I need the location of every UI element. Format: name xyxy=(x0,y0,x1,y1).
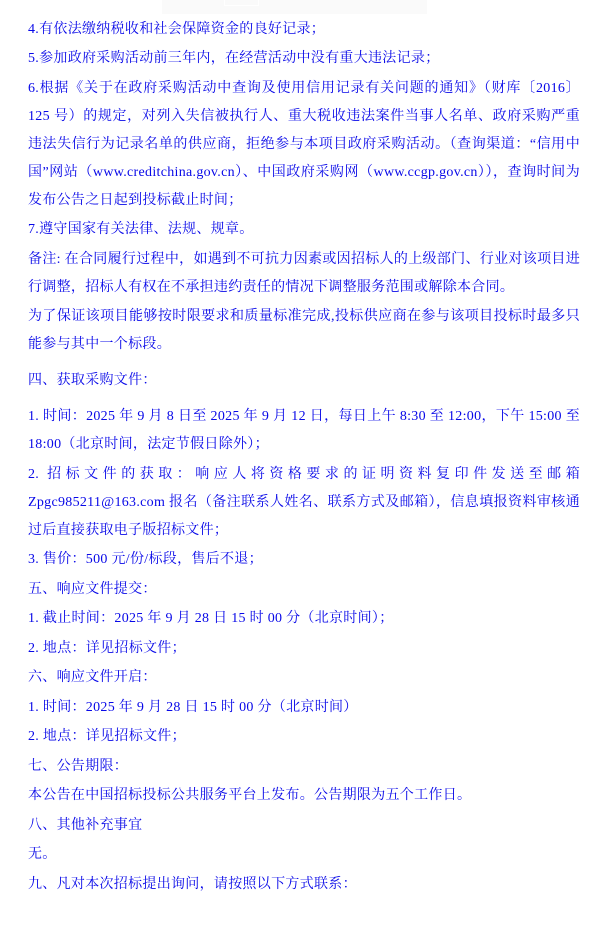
section-4-item-3-price: 3. 售价：500 元/份/标段，售后不退； xyxy=(28,546,580,574)
section-5-heading-response-submission: 五、响应文件提交： xyxy=(28,576,580,604)
section-8-heading-other-matters: 八、其他补充事宜 xyxy=(28,812,580,840)
section-5-item-2-location: 2. 地点：详见招标文件； xyxy=(28,635,580,663)
section-6-heading-response-opening: 六、响应文件开启： xyxy=(28,664,580,692)
remark-contract-adjustment: 备注: 在合同履行过程中，如遇到不可抗力因素或因招标人的上级部门、行业对该项目进… xyxy=(28,246,580,302)
section-4-item-2-how-to-obtain: 2. 招标文件的获取：响应人将资格要求的证明资料复印件发送至邮箱 Zpgc985… xyxy=(28,461,580,545)
section-4-heading-obtain-documents: 四、获取采购文件： xyxy=(28,367,580,395)
single-lot-note: 为了保证该项目能够按时限要求和质量标准完成,投标供应商在参与该项目投标时最多只能… xyxy=(28,303,580,359)
section-5-item-1-deadline: 1. 截止时间：2025 年 9 月 28 日 15 时 00 分（北京时间）； xyxy=(28,605,580,633)
section-4-item-1-time: 1. 时间：2025 年 9 月 8 日至 2025 年 9 月 12 日，每日… xyxy=(28,403,580,459)
section-6-item-1-time: 1. 时间：2025 年 9 月 28 日 15 时 00 分（北京时间） xyxy=(28,694,580,722)
clause-7-laws: 7.遵守国家有关法律、法规、规章。 xyxy=(28,216,580,244)
clause-6-credit-record: 6.根据《关于在政府采购活动中查询及使用信用记录有关问题的通知》（财库〔2016… xyxy=(28,75,580,215)
section-7-body-announcement-period: 本公告在中国招标投标公共服务平台上发布。公告期限为五个工作日。 xyxy=(28,782,580,810)
tender-announcement-document: 4.有依法缴纳税收和社会保障资金的良好记录； 5.参加政府采购活动前三年内，在经… xyxy=(28,14,580,900)
clipped-element-remnant xyxy=(162,0,427,14)
section-7-heading-announcement-period: 七、公告期限： xyxy=(28,753,580,781)
clipped-box-outline xyxy=(224,0,259,6)
clause-4-tax-record: 4.有依法缴纳税收和社会保障资金的良好记录； xyxy=(28,16,580,44)
section-8-body-none: 无。 xyxy=(28,841,580,869)
clause-5-no-violation: 5.参加政府采购活动前三年内，在经营活动中没有重大违法记录； xyxy=(28,45,580,73)
section-9-heading-contact: 九、凡对本次招标提出询问，请按照以下方式联系： xyxy=(28,871,580,899)
section-6-item-2-location: 2. 地点：详见招标文件； xyxy=(28,723,580,751)
